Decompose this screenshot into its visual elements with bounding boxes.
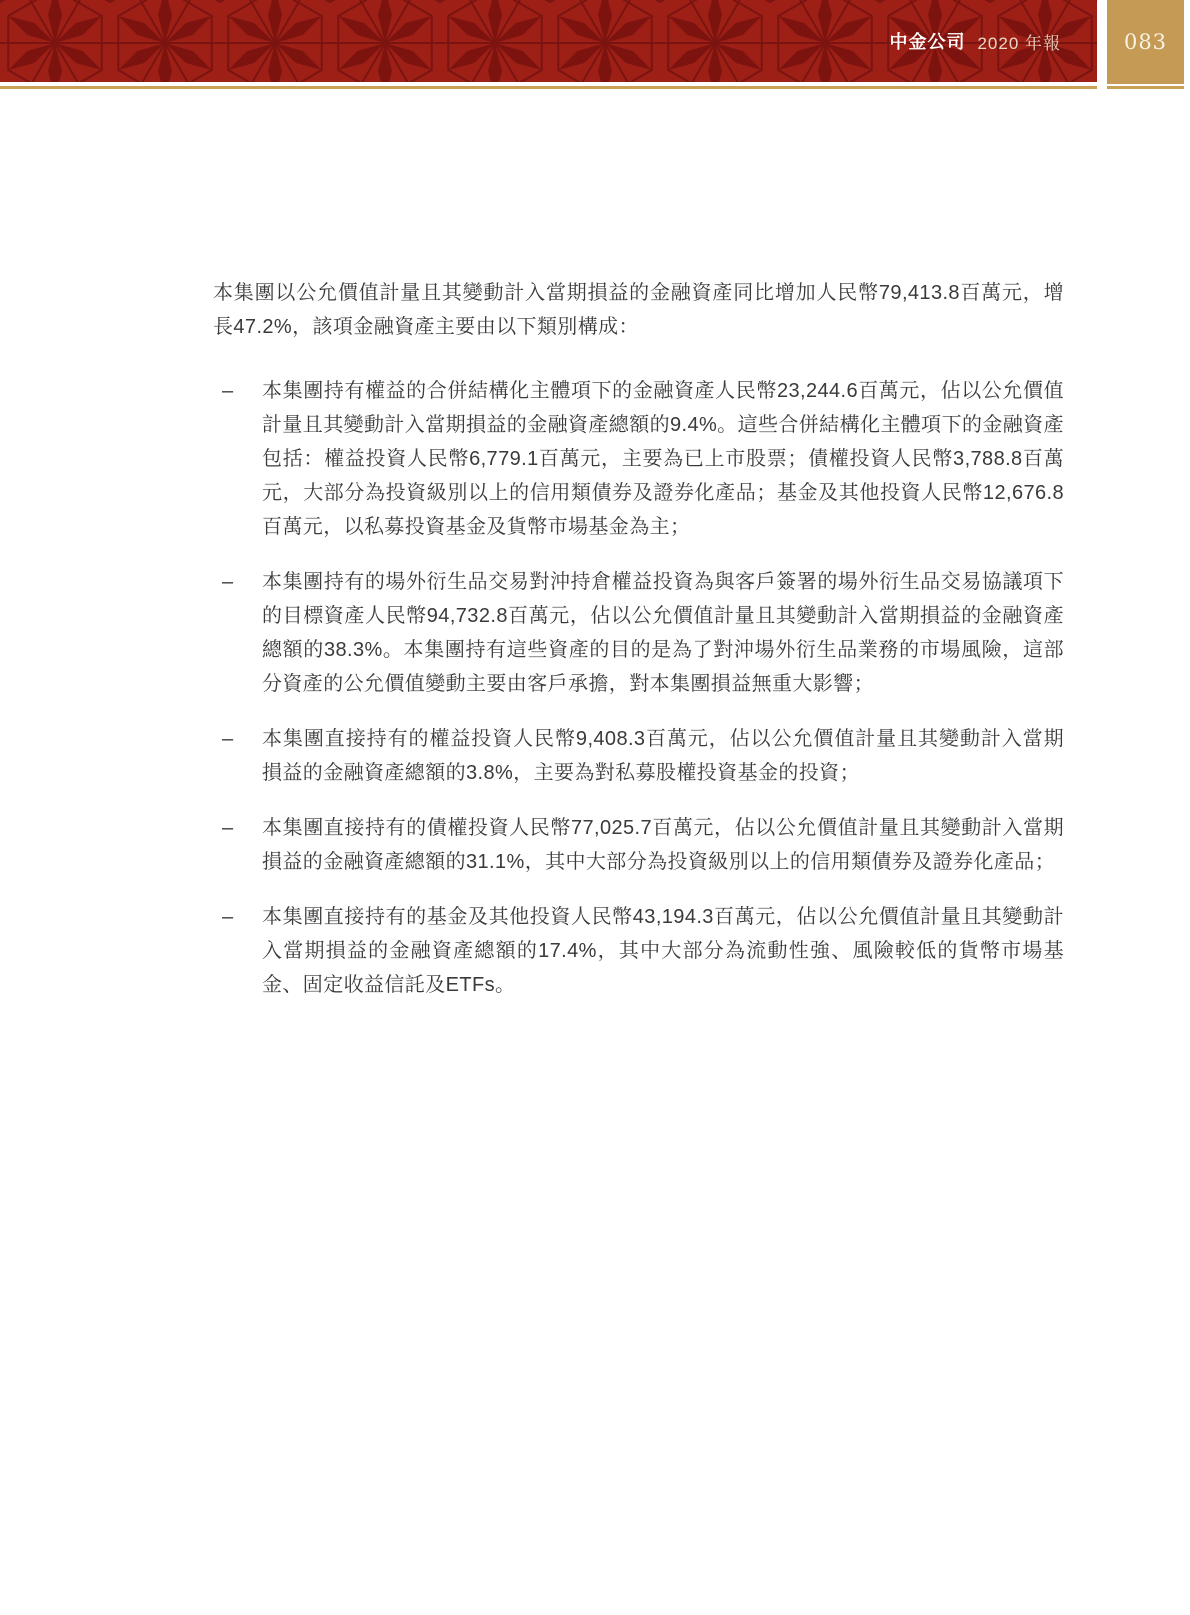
header-rule-left xyxy=(0,86,1097,89)
bullet-list: – 本集團持有權益的合併結構化主體項下的金融資產人民幣23,244.6百萬元，佔… xyxy=(213,374,1064,1002)
bullet-dash: – xyxy=(213,374,262,544)
header-caption: 中金公司 2020 年報 xyxy=(889,0,1061,82)
list-item: – 本集團直接持有的基金及其他投資人民幣43,194.3百萬元，佔以公允價值計量… xyxy=(213,900,1064,1002)
list-item: – 本集團直接持有的債權投資人民幣77,025.7百萬元，佔以公允價值計量且其變… xyxy=(213,811,1064,879)
list-item: – 本集團直接持有的權益投資人民幣9,408.3百萬元，佔以公允價值計量且其變動… xyxy=(213,722,1064,790)
page-number-badge: 083 xyxy=(1107,0,1184,84)
bullet-text: 本集團直接持有的債權投資人民幣77,025.7百萬元，佔以公允價值計量且其變動計… xyxy=(262,811,1064,879)
bullet-text: 本集團直接持有的基金及其他投資人民幣43,194.3百萬元，佔以公允價值計量且其… xyxy=(262,900,1064,1002)
bullet-text: 本集團直接持有的權益投資人民幣9,408.3百萬元，佔以公允價值計量且其變動計入… xyxy=(262,722,1064,790)
bullet-dash: – xyxy=(213,565,262,701)
header-rule-right xyxy=(1107,86,1184,89)
list-item: – 本集團持有的場外衍生品交易對沖持倉權益投資為與客戶簽署的場外衍生品交易協議項… xyxy=(213,565,1064,701)
header-band: 中金公司 2020 年報 xyxy=(0,0,1097,82)
list-item: – 本集團持有權益的合併結構化主體項下的金融資產人民幣23,244.6百萬元，佔… xyxy=(213,374,1064,544)
bullet-text: 本集團持有權益的合併結構化主體項下的金融資產人民幣23,244.6百萬元，佔以公… xyxy=(262,374,1064,544)
body-content: 本集團以公允價值計量且其變動計入當期損益的金融資產同比增加人民幣79,413.8… xyxy=(213,276,1064,1023)
document-page: 中金公司 2020 年報 083 本集團以公允價值計量且其變動計入當期損益的金融… xyxy=(0,0,1190,1615)
bullet-text: 本集團持有的場外衍生品交易對沖持倉權益投資為與客戶簽署的場外衍生品交易協議項下的… xyxy=(262,565,1064,701)
bullet-dash: – xyxy=(213,722,262,790)
report-edition: 2020 年報 xyxy=(977,29,1061,54)
intro-paragraph: 本集團以公允價值計量且其變動計入當期損益的金融資產同比增加人民幣79,413.8… xyxy=(213,276,1064,344)
bullet-dash: – xyxy=(213,900,262,1002)
brand-name: 中金公司 xyxy=(889,28,965,54)
page-number: 083 xyxy=(1124,30,1167,54)
bullet-dash: – xyxy=(213,811,262,879)
